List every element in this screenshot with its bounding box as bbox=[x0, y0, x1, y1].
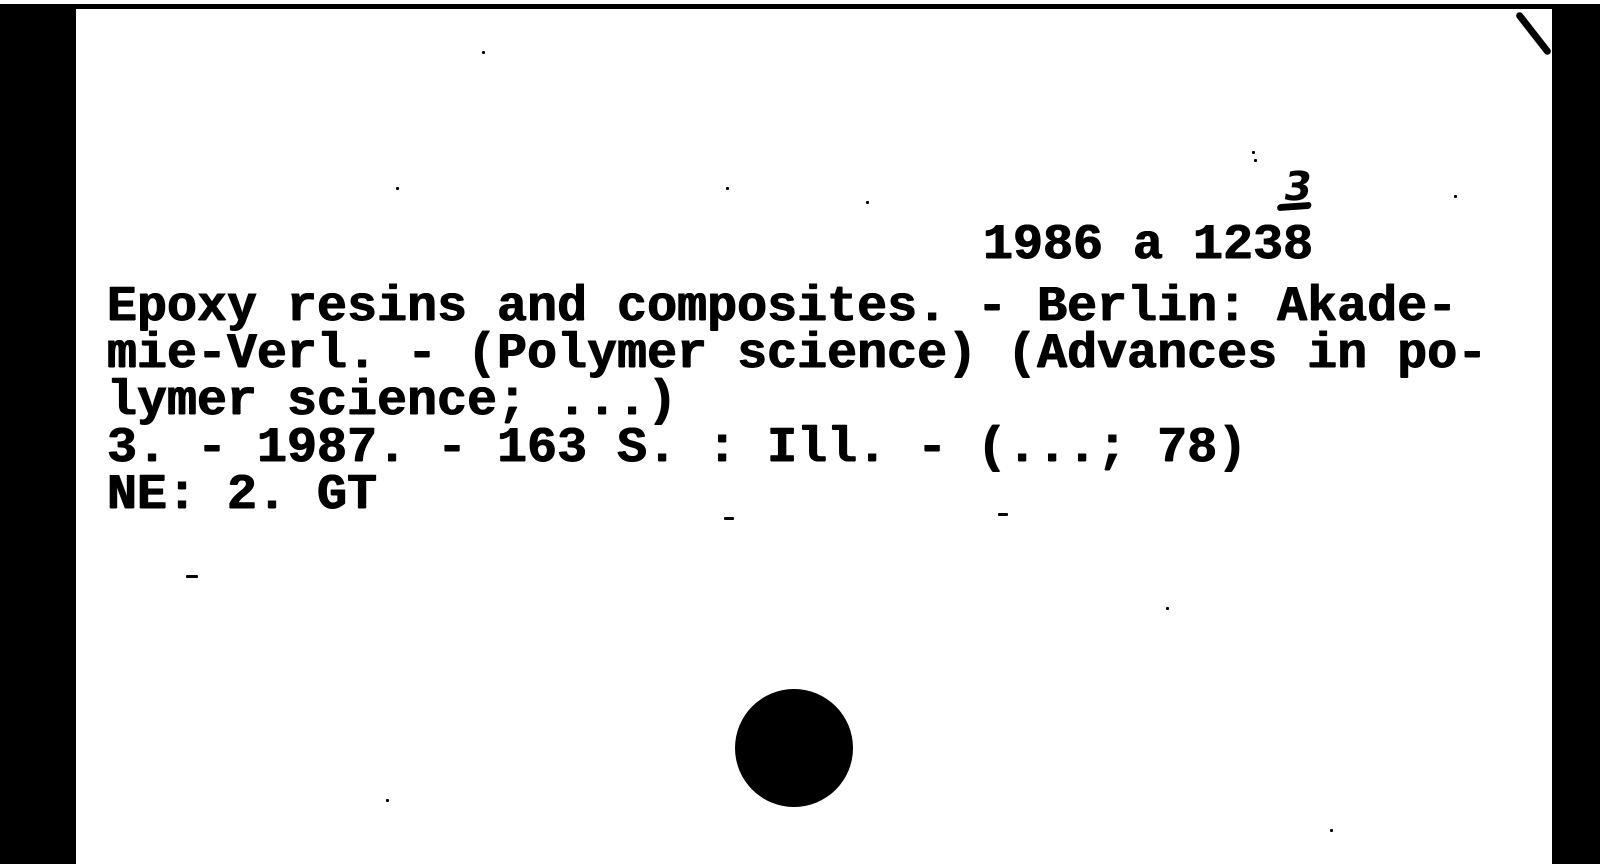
scan-speck bbox=[1166, 607, 1169, 610]
scan-speck bbox=[724, 517, 734, 520]
entry-line-title: Epoxy resins and composites. - Berlin: A… bbox=[107, 284, 1457, 331]
scan-speck bbox=[482, 51, 485, 54]
punch-hole bbox=[735, 689, 853, 807]
handwritten-volume-annotation: 3 bbox=[1281, 167, 1314, 207]
entry-line-added-entries: NE: 2. GT bbox=[107, 472, 377, 519]
scan-speck bbox=[1330, 829, 1333, 832]
scan-speck bbox=[396, 187, 399, 190]
entry-line-collation: 3. - 1987. - 163 S. : Ill. - (...; 78) bbox=[107, 425, 1247, 472]
catalog-card: 3 1986 a 1238 Epoxy resins and composite… bbox=[76, 9, 1552, 864]
scan-speck bbox=[866, 201, 869, 204]
scanned-catalog-card-image: 3 1986 a 1238 Epoxy resins and composite… bbox=[0, 0, 1600, 864]
scan-top-margin bbox=[0, 0, 1600, 4]
scan-right-border bbox=[1552, 9, 1600, 864]
scan-speck bbox=[186, 575, 198, 578]
scan-speck bbox=[1252, 151, 1255, 154]
scan-speck bbox=[726, 187, 729, 190]
scan-speck bbox=[1254, 159, 1257, 162]
entry-line-publisher-series: mie-Verl. - (Polymer science) (Advances … bbox=[107, 331, 1487, 378]
scan-speck bbox=[998, 513, 1008, 516]
entry-line-series-continued: lymer science; ...) bbox=[107, 378, 677, 425]
call-number: 1986 a 1238 bbox=[983, 221, 1313, 271]
scan-speck bbox=[1454, 195, 1457, 198]
scan-speck bbox=[386, 799, 389, 802]
pen-stroke-mark bbox=[1515, 11, 1552, 56]
